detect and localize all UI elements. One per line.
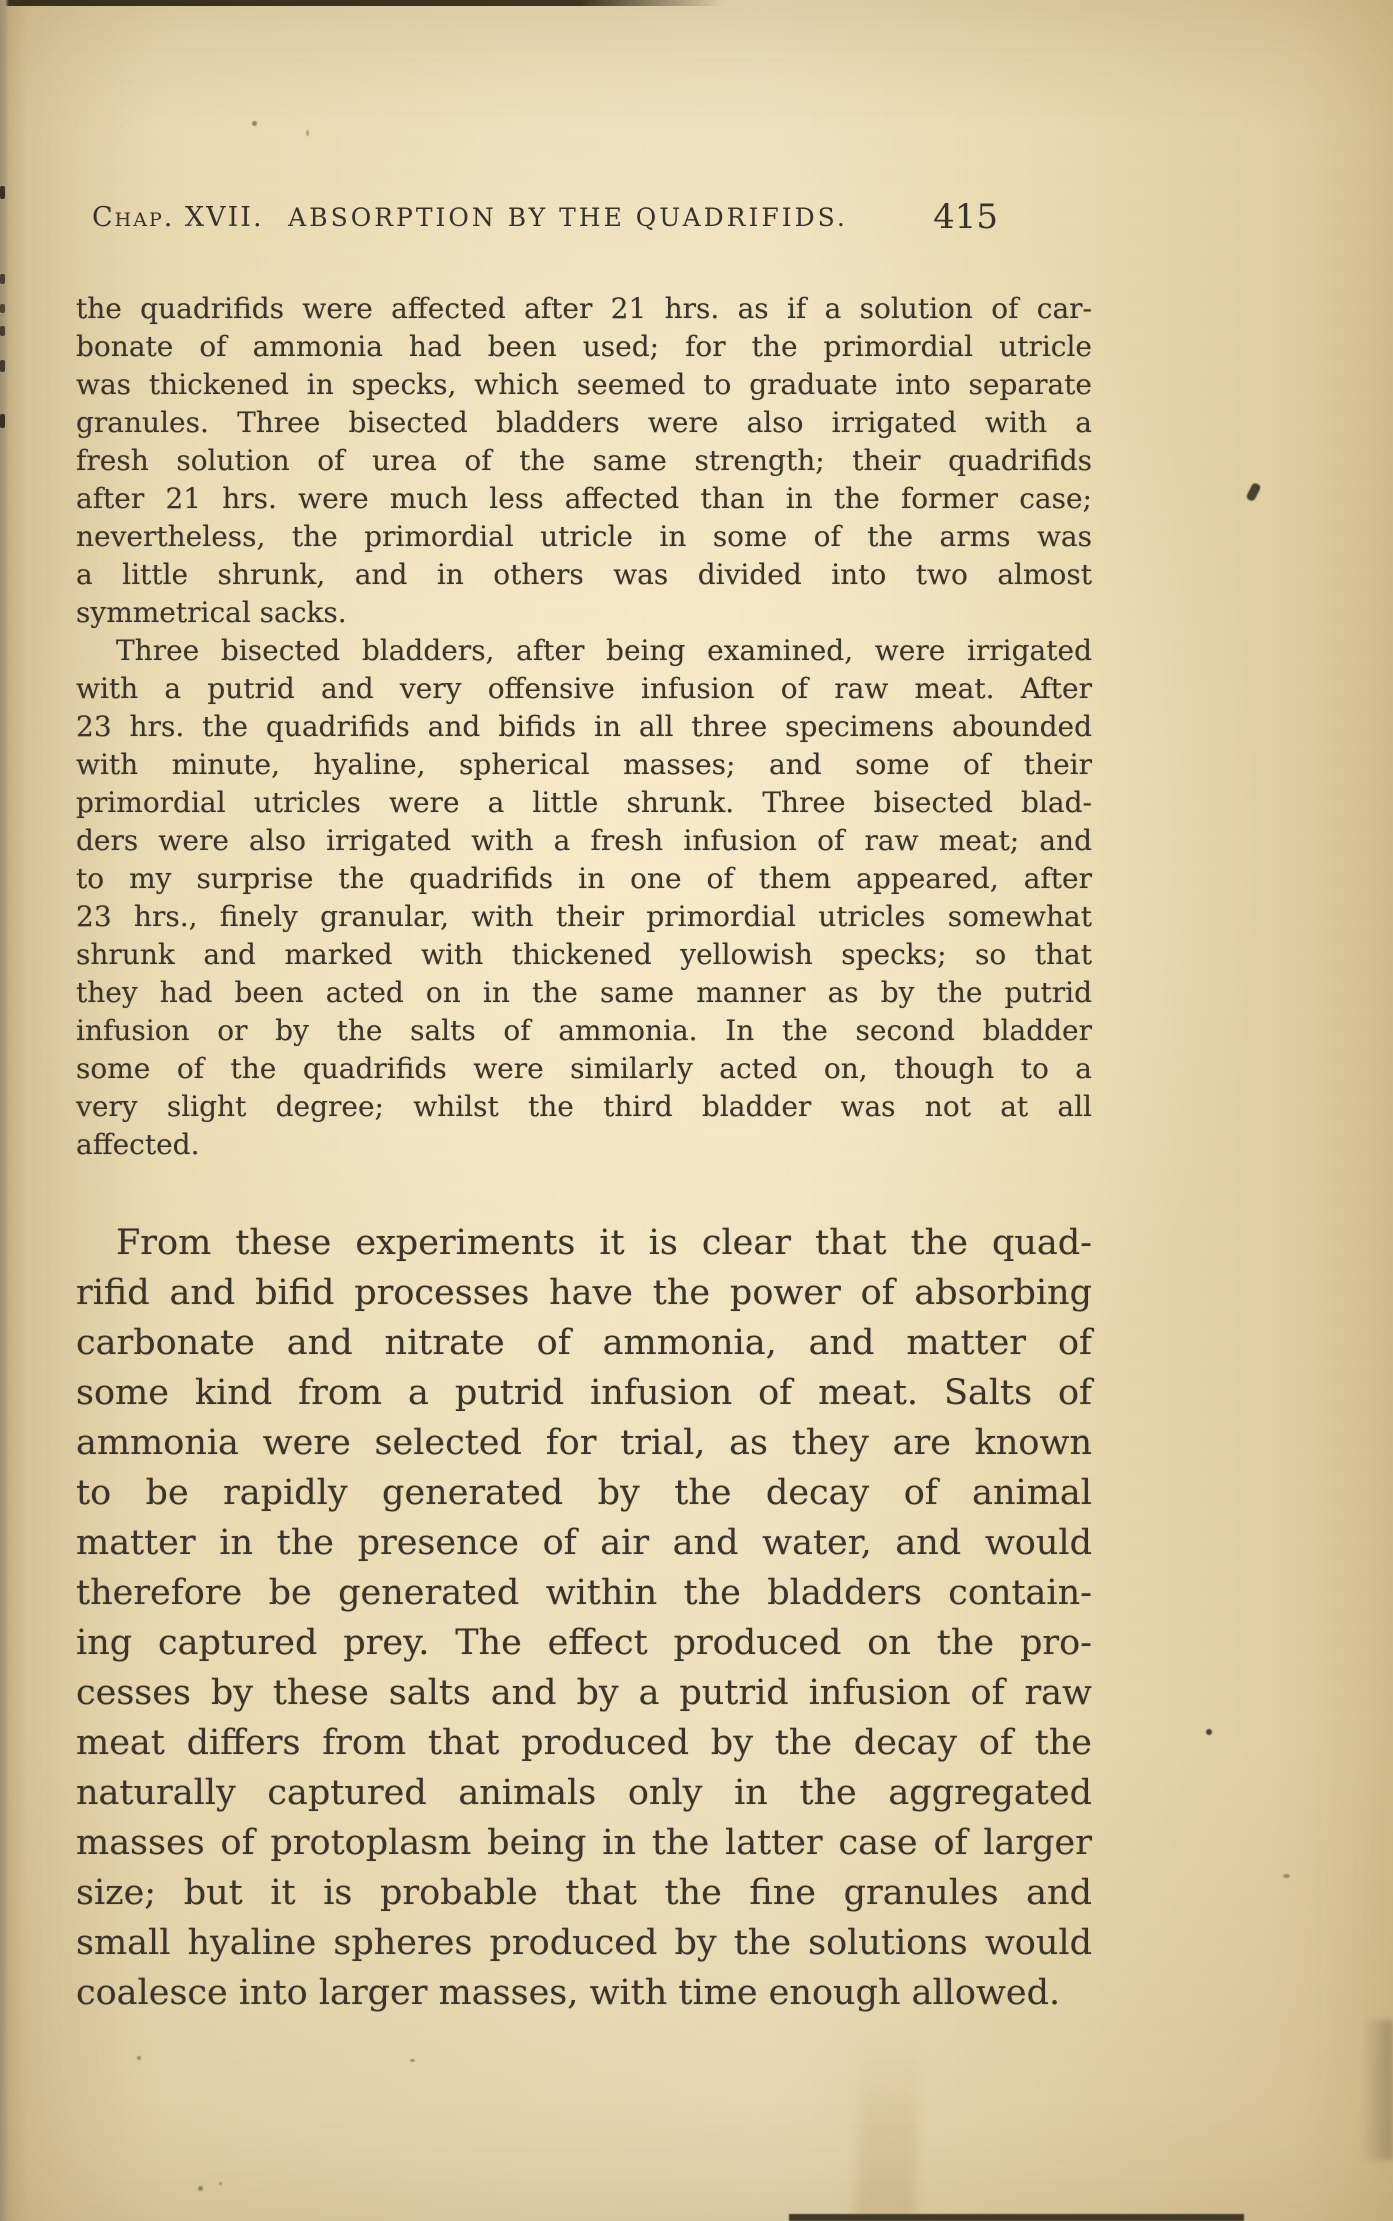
text-line: masses of protoplasm being in the latter… xyxy=(76,1818,1092,1868)
binding-mark xyxy=(0,274,5,284)
text-line: a little shrunk, and in others was divid… xyxy=(76,556,1092,594)
text-line: with minute, hyaline, spherical masses; … xyxy=(76,746,1092,784)
binding-mark xyxy=(0,414,5,428)
text-line: the quadrifids were affected after 21 hr… xyxy=(76,290,1092,328)
paper-speck xyxy=(198,2186,203,2191)
text-line: meat differs from that produced by the d… xyxy=(76,1718,1092,1768)
text-line: infusion or by the salts of ammonia. In … xyxy=(76,1012,1092,1050)
text-line: after 21 hrs. were much less affected th… xyxy=(76,480,1092,518)
text-line: matter in the presence of air and water,… xyxy=(76,1518,1092,1568)
paper-speck xyxy=(1283,1874,1290,1878)
paper-speck xyxy=(137,2056,141,2060)
corner-smudge xyxy=(1362,2020,1393,2160)
text-line: therefore be generated within the bladde… xyxy=(76,1568,1092,1618)
binding-mark xyxy=(0,360,5,372)
text-line: some of the quadrifids were similarly ac… xyxy=(76,1050,1092,1088)
paper-stain xyxy=(855,2039,921,2221)
text-line: From these experiments it is clear that … xyxy=(76,1218,1092,1268)
ink-dot xyxy=(1206,1729,1212,1735)
text-line: shrunk and marked with thickened yellowi… xyxy=(76,936,1092,974)
text-line: rifid and bifid processes have the power… xyxy=(76,1268,1092,1318)
paper-speck xyxy=(410,2059,415,2062)
text-line: with a putrid and very offensive infusio… xyxy=(76,670,1092,708)
text-line: 23 hrs. the quadrifids and bifids in all… xyxy=(76,708,1092,746)
binding-mark xyxy=(0,326,5,336)
text-line: ammonia were selected for trial, as they… xyxy=(76,1418,1092,1468)
page-gutter-edge xyxy=(0,0,9,2221)
paper-speck xyxy=(252,121,257,126)
paragraph-small-print-2: Three bisected bladders, after being exa… xyxy=(76,632,1092,1164)
chapter-label: Chap. XVII. xyxy=(92,202,264,233)
binding-mark xyxy=(0,186,5,199)
scanned-book-page: Chap. XVII. ABSORPTION BY THE QUADRIFIDS… xyxy=(0,0,1393,2221)
text-line: symmetrical sacks. xyxy=(76,594,1092,632)
text-line: fresh solution of urea of the same stren… xyxy=(76,442,1092,480)
text-line: affected. xyxy=(76,1126,1092,1164)
text-line: carbonate and nitrate of ammonia, and ma… xyxy=(76,1318,1092,1368)
text-line: ing captured prey. The effect produced o… xyxy=(76,1618,1092,1668)
text-line: bonate of ammonia had been used; for the… xyxy=(76,328,1092,366)
running-title: ABSORPTION BY THE QUADRIFIDS. xyxy=(243,203,893,232)
scan-top-edge xyxy=(0,0,724,6)
text-line: to my surprise the quadrifids in one of … xyxy=(76,860,1092,898)
text-line: to be rapidly generated by the decay of … xyxy=(76,1468,1092,1518)
text-line: cesses by these salts and by a putrid in… xyxy=(76,1668,1092,1718)
text-line: 23 hrs., finely granular, with their pri… xyxy=(76,898,1092,936)
text-line: coalesce into larger masses, with time e… xyxy=(76,1968,1092,2018)
text-line: primordial utricles were a little shrunk… xyxy=(76,784,1092,822)
text-line: ders were also irrigated with a fresh in… xyxy=(76,822,1092,860)
page-number: 415 xyxy=(918,197,998,237)
text-line: some kind from a putrid infusion of meat… xyxy=(76,1368,1092,1418)
text-line: naturally captured animals only in the a… xyxy=(76,1768,1092,1818)
text-line: granules. Three bisected bladders were a… xyxy=(76,404,1092,442)
scan-bottom-edge xyxy=(789,2214,1244,2221)
text-line: small hyaline spheres produced by the so… xyxy=(76,1918,1092,1968)
paragraph-large-print: From these experiments it is clear that … xyxy=(76,1218,1092,2018)
text-line: size; but it is probable that the fine g… xyxy=(76,1868,1092,1918)
binding-mark xyxy=(0,304,5,313)
pen-check-mark xyxy=(1245,482,1261,502)
text-line: nevertheless, the primordial utricle in … xyxy=(76,518,1092,556)
text-line: very slight degree; whilst the third bla… xyxy=(76,1088,1092,1126)
page-header: Chap. XVII. ABSORPTION BY THE QUADRIFIDS… xyxy=(0,199,1393,239)
paper-speck xyxy=(306,130,309,136)
paragraph-small-print-1: the quadrifids were affected after 21 hr… xyxy=(76,290,1092,632)
text-line: they had been acted on in the same manne… xyxy=(76,974,1092,1012)
text-line: Three bisected bladders, after being exa… xyxy=(76,632,1092,670)
text-line: was thickened in specks, which seemed to… xyxy=(76,366,1092,404)
paper-speck xyxy=(219,2182,222,2185)
